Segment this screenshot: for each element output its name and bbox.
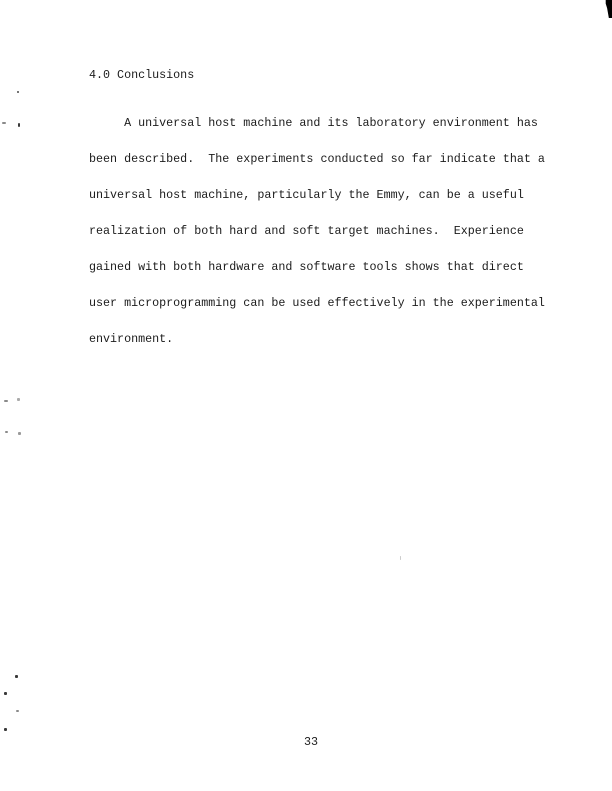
scan-corner-artifact xyxy=(605,0,612,18)
scan-speck xyxy=(17,398,20,401)
scan-speck xyxy=(4,400,8,402)
scan-speck xyxy=(2,122,6,124)
scan-speck xyxy=(18,432,21,435)
scan-speck xyxy=(15,675,18,678)
paragraph-line: environment. xyxy=(89,333,545,345)
scan-speck xyxy=(4,692,7,695)
page-number: 33 xyxy=(304,736,318,748)
paragraph-line: universal host machine, particularly the… xyxy=(89,189,545,201)
paragraph-line: gained with both hardware and software t… xyxy=(89,261,545,273)
scan-speck xyxy=(18,123,20,127)
scan-speck xyxy=(5,431,8,433)
scan-speck xyxy=(17,91,19,93)
document-page: 4.0 Conclusions A universal host machine… xyxy=(0,0,612,791)
paragraph-line: A universal host machine and its laborat… xyxy=(89,117,545,129)
section-heading: 4.0 Conclusions xyxy=(89,69,194,81)
scan-speck xyxy=(400,556,401,560)
body-paragraph: A universal host machine and its laborat… xyxy=(89,93,545,369)
scan-speck xyxy=(4,728,7,731)
paragraph-line: realization of both hard and soft target… xyxy=(89,225,545,237)
paragraph-line: user microprogramming can be used effect… xyxy=(89,297,545,309)
paragraph-line: been described. The experiments conducte… xyxy=(89,153,545,165)
scan-speck xyxy=(16,710,19,712)
